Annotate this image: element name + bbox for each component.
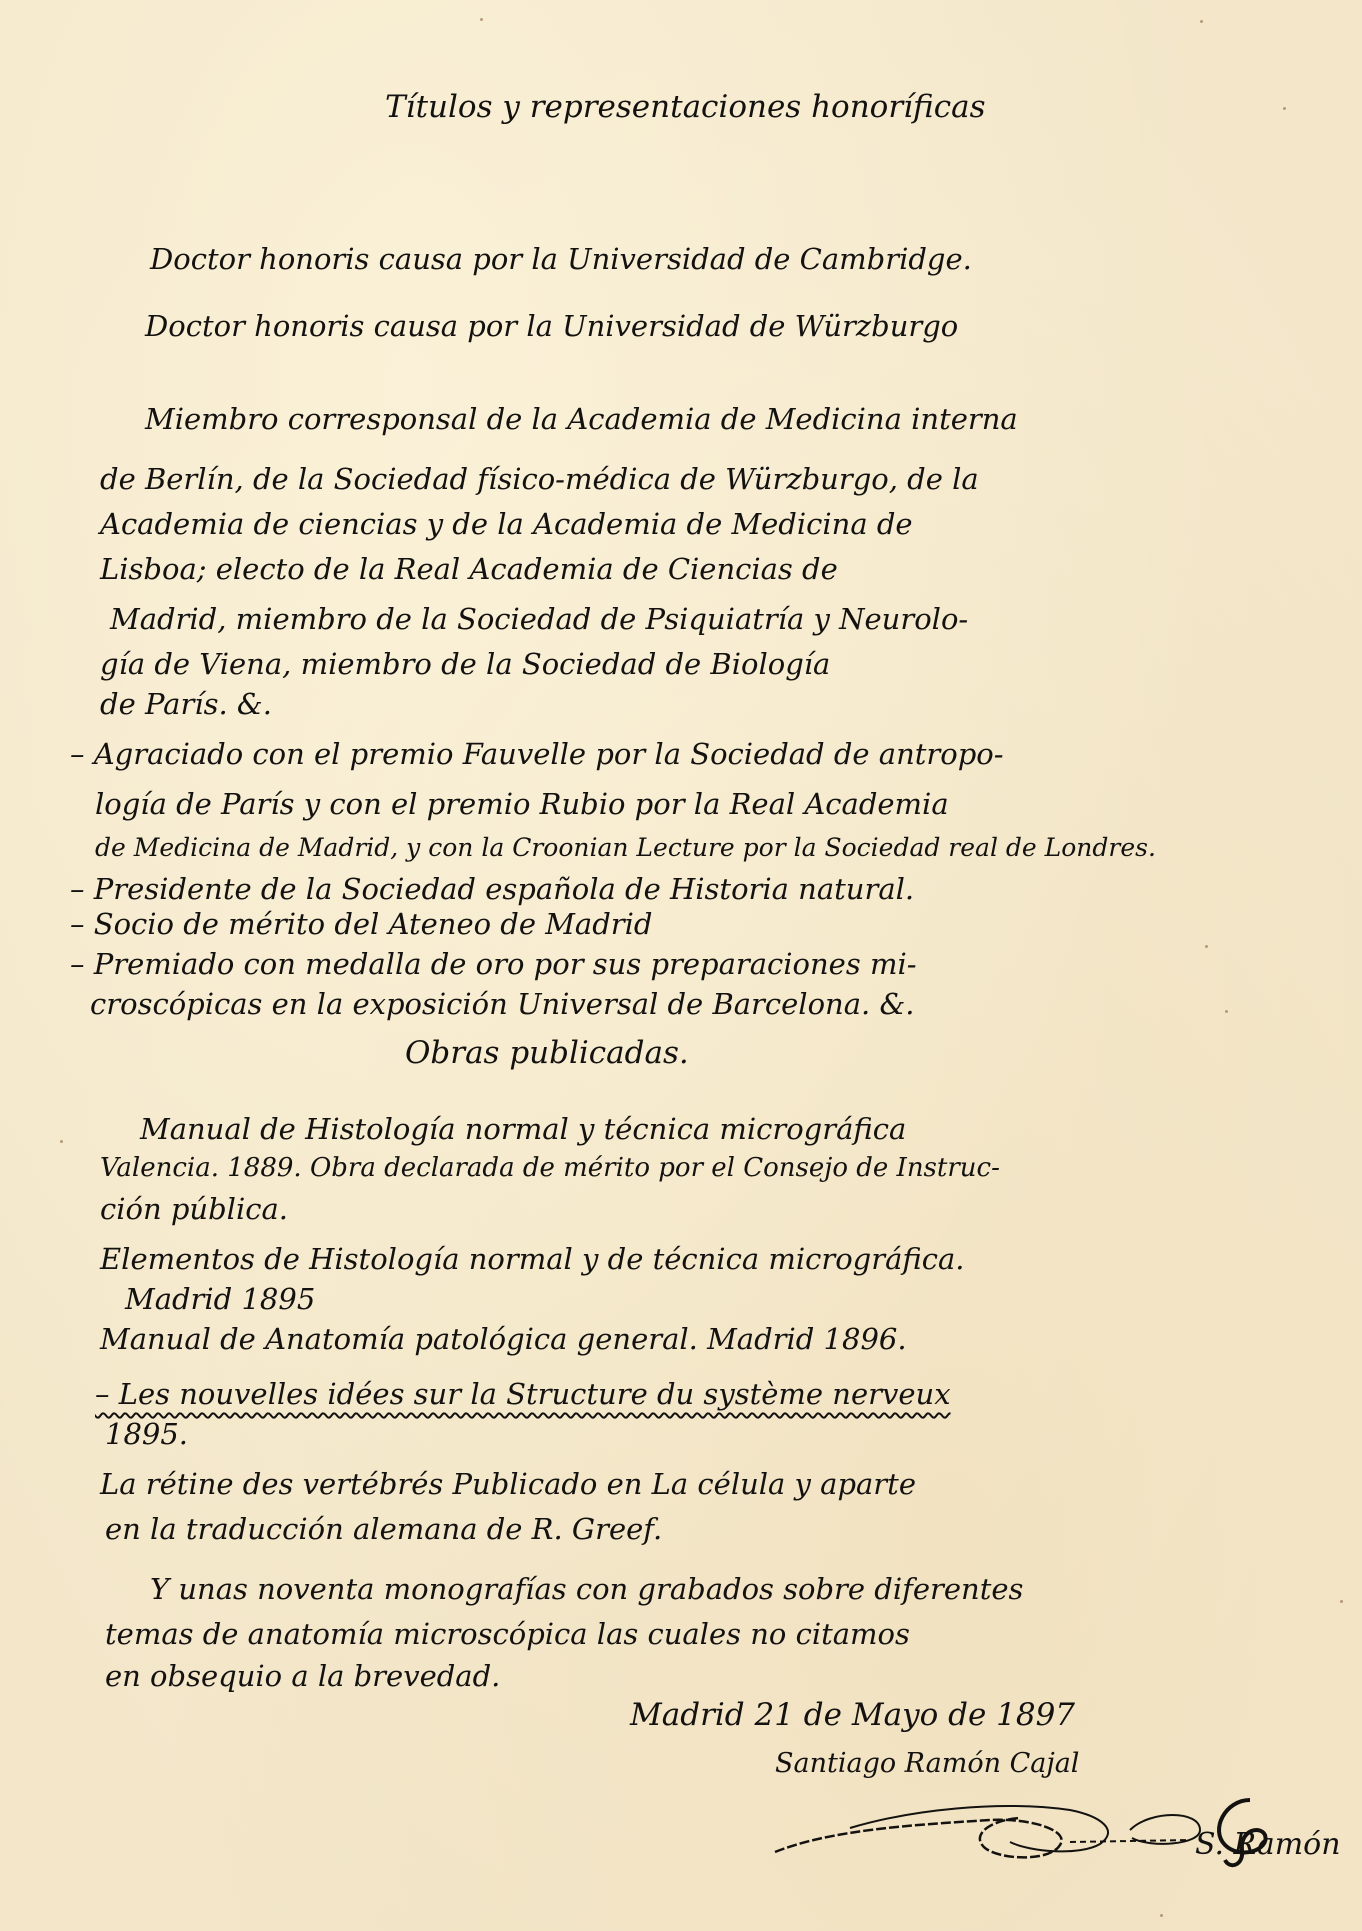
work-nouvelles-idees: – Les nouvelles idées sur la Structure d…: [95, 1380, 951, 1409]
document-title: Títulos y representaciones honoríficas: [385, 92, 986, 123]
position-ateneo: – Socio de mérito del Ateneo de Madrid: [70, 910, 653, 939]
work-manual-histologia-1: Manual de Histología normal y técnica mi…: [140, 1115, 906, 1144]
work-monografias-3: en obsequio a la brevedad.: [105, 1662, 500, 1691]
honor-cambridge: Doctor honoris causa por la Universidad …: [150, 245, 972, 274]
membership-line-6: gía de Viena, miembro de la Sociedad de …: [100, 650, 830, 679]
award-medal-line-1: – Premiado con medalla de oro por sus pr…: [70, 950, 917, 979]
award-line-2: logía de París y con el premio Rubio por…: [95, 790, 949, 819]
work-manual-histologia-2: Valencia. 1889. Obra declarada de mérito…: [100, 1155, 1000, 1181]
work-anatomia-patologica: Manual de Anatomía patológica general. M…: [100, 1325, 907, 1354]
membership-line-7: de París. &.: [100, 690, 272, 719]
bleed-through-text: ​: [200, 38, 1160, 76]
award-medal-line-2: croscópicas en la exposición Universal d…: [90, 990, 914, 1019]
place-date: Madrid 21 de Mayo de 1897: [630, 1700, 1075, 1731]
work-retine-2: en la traducción alemana de R. Greef.: [105, 1515, 662, 1544]
work-retine-1: La rétine des vertébrés Publicado en La …: [100, 1470, 916, 1499]
manuscript-page: ​ Títulos y representaciones honoríficas…: [0, 0, 1362, 1931]
signature-rubric-text: S. Ramón: [1195, 1830, 1341, 1860]
work-monografias-2: temas de anatomía microscópica las cuale…: [105, 1620, 910, 1649]
membership-line-2: de Berlín, de la Sociedad físico-médica …: [100, 465, 979, 494]
work-nouvelles-idees-year: 1895.: [105, 1420, 188, 1449]
membership-line-4: Lisboa; electo de la Real Academia de Ci…: [100, 555, 838, 584]
membership-line-1: Miembro corresponsal de la Academia de M…: [145, 405, 1018, 434]
signature-name: Santiago Ramón Cajal: [775, 1750, 1079, 1777]
honor-wurzburg: Doctor honoris causa por la Universidad …: [145, 312, 958, 341]
award-line-1: – Agraciado con el premio Fauvelle por l…: [70, 740, 1004, 769]
membership-line-5: Madrid, miembro de la Sociedad de Psiqui…: [110, 605, 968, 634]
works-heading: Obras publicadas.: [405, 1038, 689, 1069]
award-line-3: de Medicina de Madrid, y con la Croonian…: [95, 835, 1156, 860]
work-monografias-1: Y unas noventa monografías con grabados …: [150, 1575, 1023, 1604]
position-president: – Presidente de la Sociedad española de …: [70, 875, 914, 904]
work-elementos-1: Elementos de Histología normal y de técn…: [100, 1245, 964, 1274]
work-manual-histologia-3: ción pública.: [100, 1195, 288, 1224]
membership-line-3: Academia de ciencias y de la Academia de…: [100, 510, 913, 539]
work-elementos-2: Madrid 1895: [125, 1285, 315, 1314]
